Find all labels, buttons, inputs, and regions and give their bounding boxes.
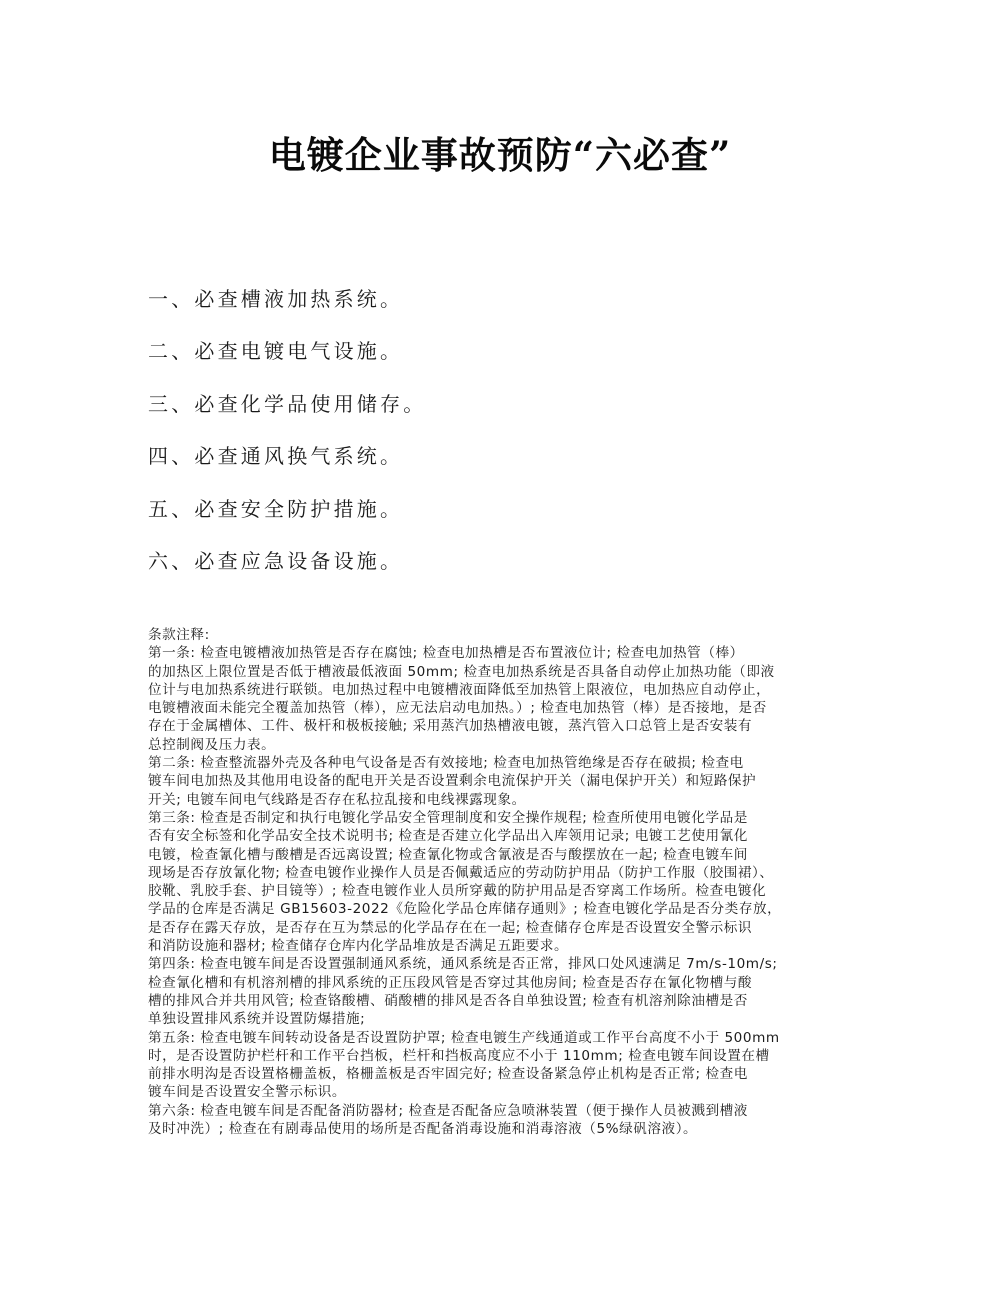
note-line: 镀车间是否设置安全警示标识。 xyxy=(148,1083,864,1101)
note-line: 否有安全标签和化学品安全技术说明书; 检查是否建立化学品出入库领用记录; 电镀工… xyxy=(148,827,864,845)
note-line: 前排水明沟是否设置格栅盖板，格栅盖板是否牢固完好; 检查设备紧急停止机构是否正常… xyxy=(148,1065,864,1083)
check-item-5: 五、必查安全防护措施。 xyxy=(148,492,426,544)
note-line: 电镀，检查氰化槽与酸槽是否远离设置; 检查氰化物或含氰液是否与酸摆放在一起; 检… xyxy=(148,846,864,864)
note-line: 第五条: 检查电镀车间转动设备是否设置防护罩; 检查电镀生产线通道或工作平台高度… xyxy=(148,1029,864,1047)
note-line: 电镀槽液面未能完全覆盖加热管（棒），应无法启动电加热。）; 检查电加热管（棒）是… xyxy=(148,699,864,717)
six-checks-list: 一、必查槽液加热系统。 二、必查电镀电气设施。 三、必查化学品使用储存。 四、必… xyxy=(148,282,426,596)
note-line: 是否存在露天存放，是否存在互为禁忌的化学品存在在一起; 检查储存仓库是否设置安全… xyxy=(148,919,864,937)
note-line: 检查氰化槽和有机溶剂槽的排风系统的正压段风管是否穿过其他房间; 检查是否存在氰化… xyxy=(148,974,864,992)
note-line: 位计与电加热系统进行联锁。电加热过程中电镀槽液面降低至加热管上限液位，电加热应自… xyxy=(148,681,864,699)
note-line: 槽的排风合并共用风管; 检查铬酸槽、硝酸槽的排风是否各自单独设置; 检查有机溶剂… xyxy=(148,992,864,1010)
check-item-4: 四、必查通风换气系统。 xyxy=(148,439,426,491)
check-item-2: 二、必查电镀电气设施。 xyxy=(148,334,426,386)
note-line: 的加热区上限位置是否低于槽液最低液面 50mm; 检查电加热系统是否具备自动停止… xyxy=(148,663,864,681)
note-line: 胶靴、乳胶手套、护目镜等）; 检查电镀作业人员所穿戴的防护用品是否穿离工作场所。… xyxy=(148,882,864,900)
note-line: 单独设置排风系统并设置防爆措施; xyxy=(148,1010,864,1028)
note-line: 学品的仓库是否满足 GB15603-2022《危险化学品仓库储存通则》; 检查电… xyxy=(148,900,864,918)
note-line: 现场是否存放氰化物; 检查电镀作业操作人员是否佩戴适应的劳动防护用品（防护工作服… xyxy=(148,864,864,882)
note-line: 第六条: 检查电镀车间是否配备消防器材; 检查是否配备应急喷淋装置（便于操作人员… xyxy=(148,1102,864,1120)
notes-heading: 条款注释: xyxy=(148,626,864,644)
note-line: 和消防设施和器材; 检查储存仓库内化学品堆放是否满足五距要求。 xyxy=(148,937,864,955)
note-line: 第一条: 检查电镀槽液加热管是否存在腐蚀; 检查电加热槽是否布置液位计; 检查电… xyxy=(148,644,864,662)
document-title: 电镀企业事故预防“六必查” xyxy=(0,131,1000,179)
check-item-1: 一、必查槽液加热系统。 xyxy=(148,282,426,334)
note-line: 存在于金属槽体、工件、极杆和极板接触; 采用蒸汽加热槽液电镀，蒸汽管入口总管上是… xyxy=(148,717,864,735)
clause-notes: 条款注释: 第一条: 检查电镀槽液加热管是否存在腐蚀; 检查电加热槽是否布置液位… xyxy=(148,626,864,1138)
check-item-6: 六、必查应急设备设施。 xyxy=(148,544,426,596)
note-line: 第三条: 检查是否制定和执行电镀化学品安全管理制度和安全操作规程; 检查所使用电… xyxy=(148,809,864,827)
note-line: 第二条: 检查整流器外壳及各种电气设备是否有效接地; 检查电加热管绝缘是否存在破… xyxy=(148,754,864,772)
note-line: 第四条: 检查电镀车间是否设置强制通风系统，通风系统是否正常，排风口处风速满足 … xyxy=(148,955,864,973)
note-line: 开关; 电镀车间电气线路是否存在私拉乱接和电线裸露现象。 xyxy=(148,791,864,809)
note-line: 镀车间电加热及其他用电设备的配电开关是否设置剩余电流保护开关（漏电保护开关）和短… xyxy=(148,772,864,790)
document-page: 电镀企业事故预防“六必查” 一、必查槽液加热系统。 二、必查电镀电气设施。 三、… xyxy=(0,0,1000,1294)
note-line: 及时冲洗）; 检查在有剧毒品使用的场所是否配备消毒设施和消毒溶液（5%绿矾溶液）… xyxy=(148,1120,864,1138)
check-item-3: 三、必查化学品使用储存。 xyxy=(148,387,426,439)
note-line: 总控制阀及压力表。 xyxy=(148,736,864,754)
note-line: 时，是否设置防护栏杆和工作平台挡板，栏杆和挡板高度应不小于 110mm; 检查电… xyxy=(148,1047,864,1065)
